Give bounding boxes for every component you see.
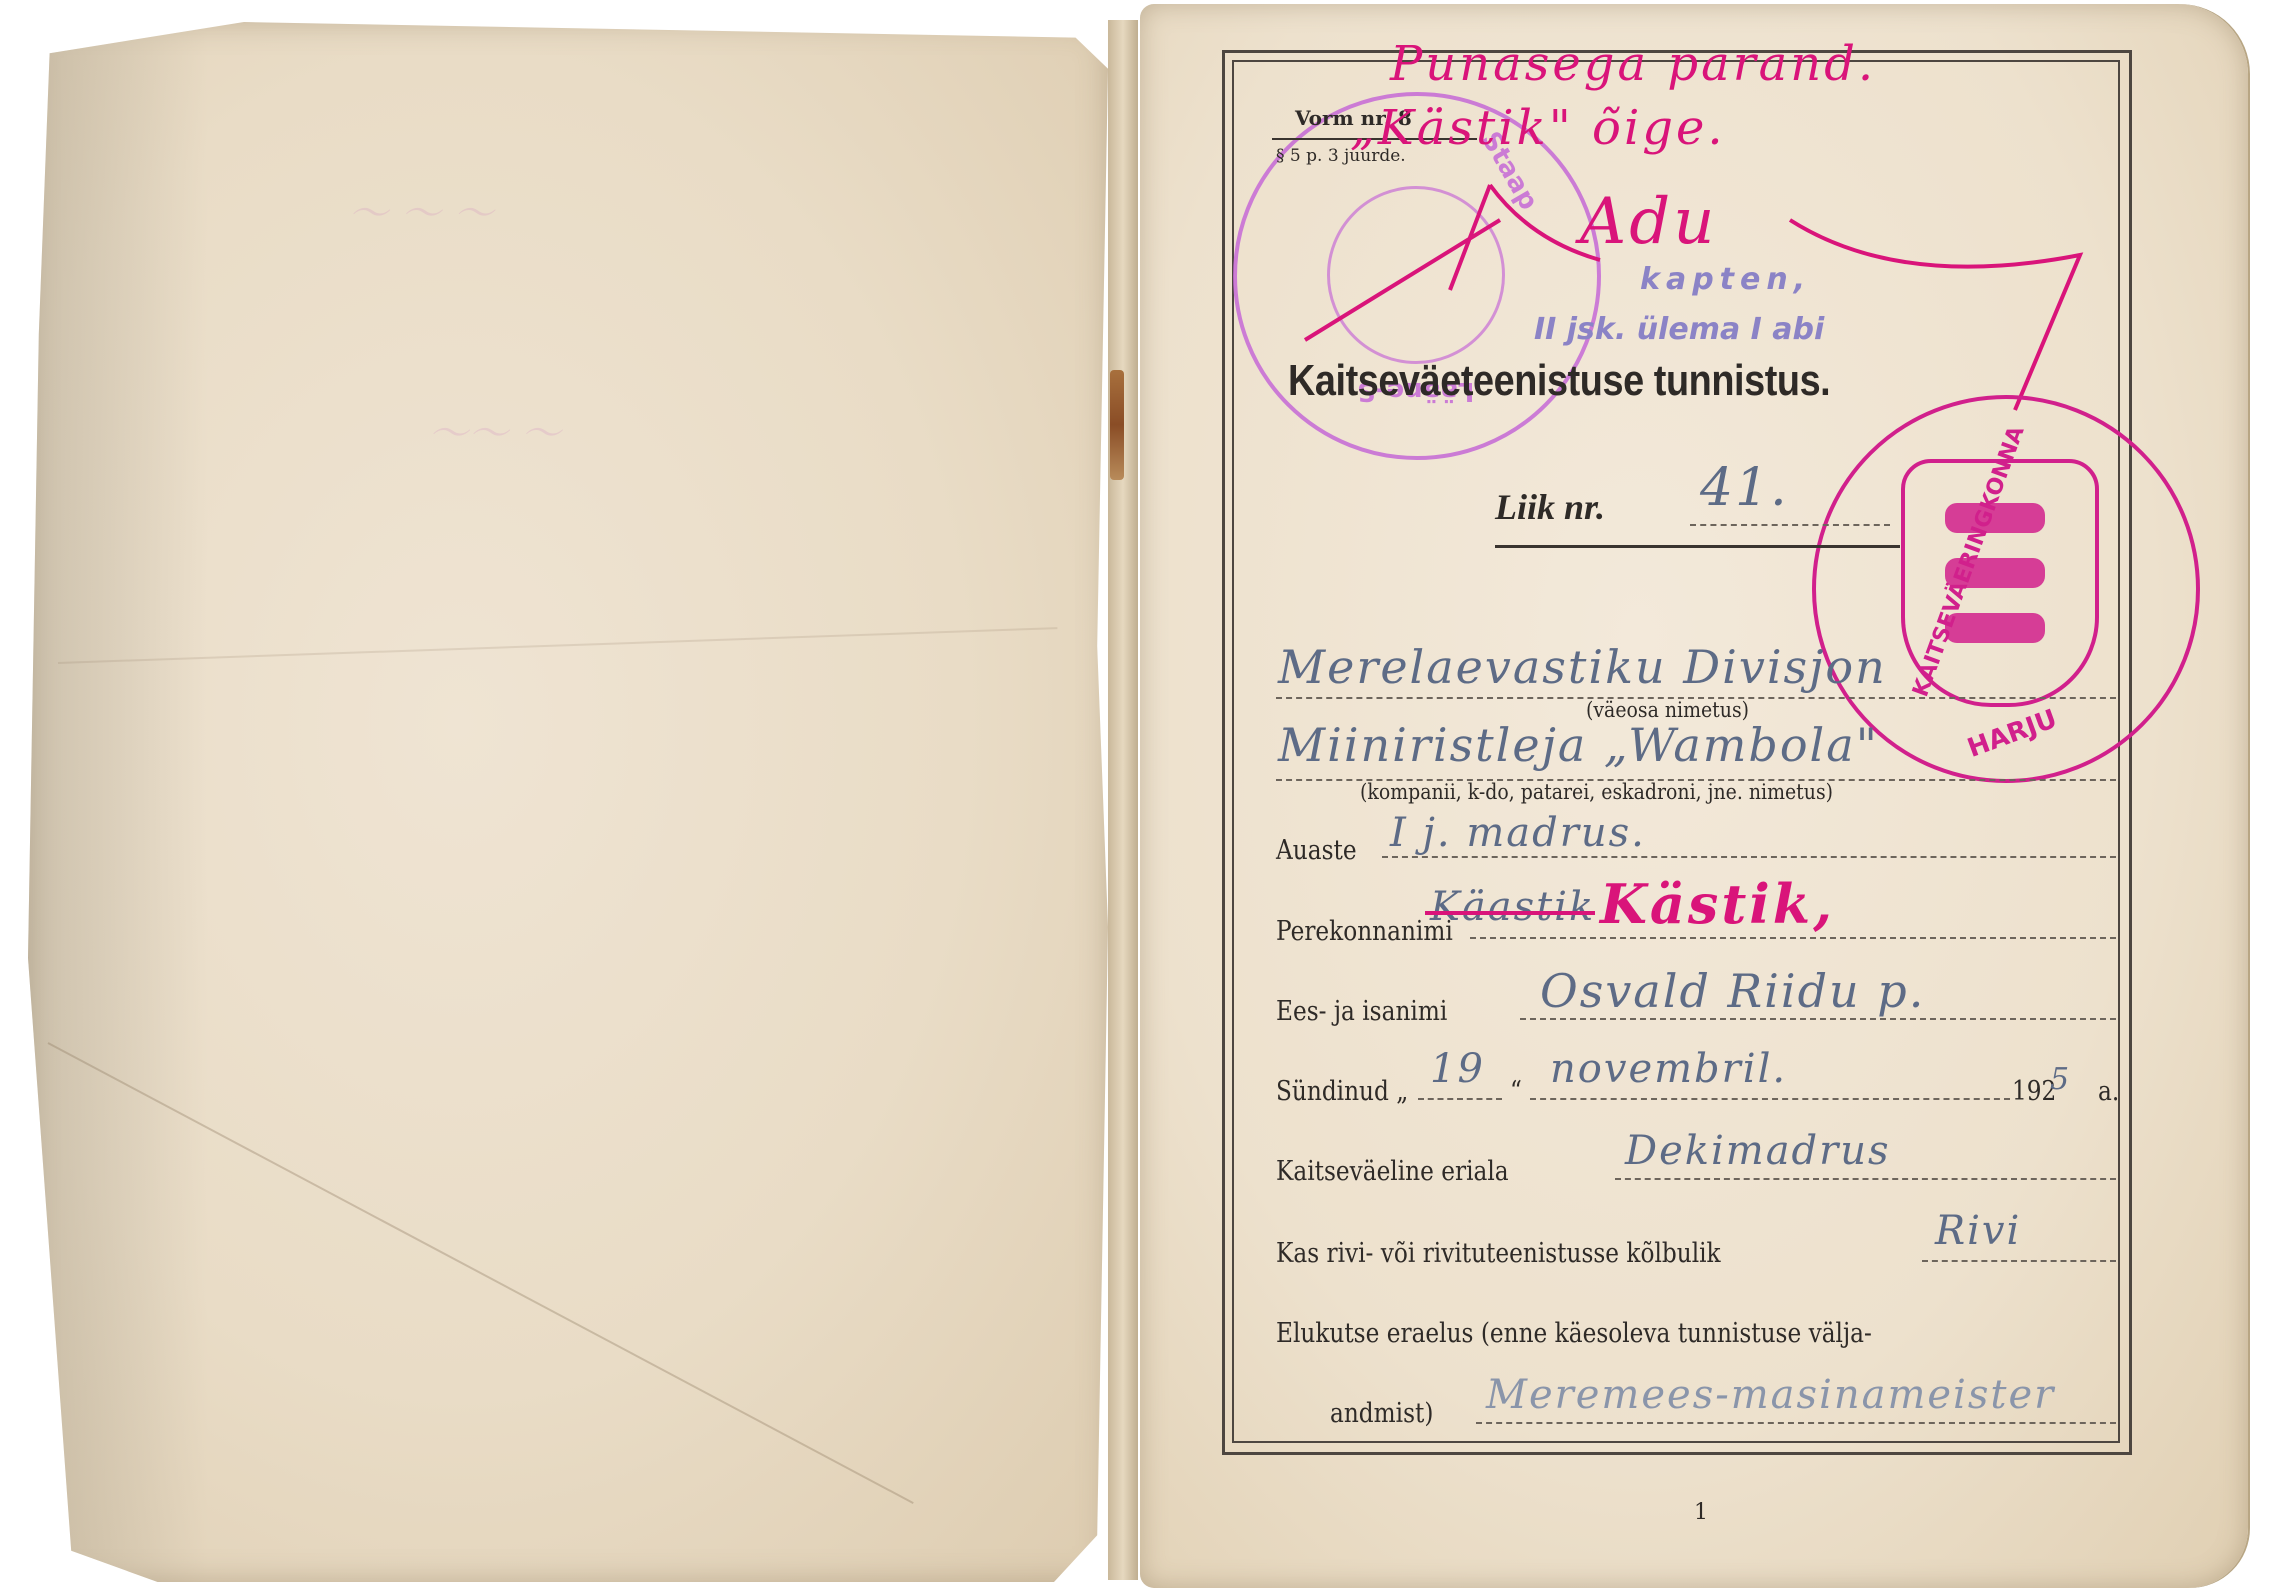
liik-dotted-line xyxy=(1690,524,1890,526)
correction-note-line1: Punasega parand. xyxy=(1390,36,1876,92)
first-and-patronymic-label: Ees- ja isanimi xyxy=(1276,996,1447,1027)
occupation-value: Meremees-masinameister xyxy=(1486,1372,2055,1418)
birth-year-suffix: a. xyxy=(2098,1076,2119,1107)
seal-text: HARJU xyxy=(1964,704,2061,764)
fitness-label: Kas rivi- või rivituteenistusse kõlbulik xyxy=(1276,1238,1721,1269)
unit-value: Merelaevastiku Divisjon xyxy=(1278,640,1887,694)
subunit-value: Miiniristleja „Wambola" xyxy=(1278,718,1879,772)
fitness-dotted-line xyxy=(1922,1260,2116,1262)
officer-rank-stamp: kapten, xyxy=(1640,262,1811,297)
birth-quote: “ xyxy=(1510,1076,1522,1107)
birth-month-dotted-line xyxy=(1530,1098,2010,1100)
fitness-value: Rivi xyxy=(1935,1208,2021,1254)
birth-label: Sündinud „ xyxy=(1276,1076,1408,1107)
occupation-dotted-line xyxy=(1476,1422,2116,1424)
booklet-spine xyxy=(1108,20,1138,1580)
ink-transfer-ghost: 〜〜 〜 xyxy=(428,402,561,459)
birth-day-dotted-line xyxy=(1418,1098,1502,1100)
rank-dotted-line xyxy=(1382,856,2116,858)
first-and-patronymic-value: Osvald Riidu p. xyxy=(1540,964,1925,1018)
specialty-dotted-line xyxy=(1615,1178,2116,1180)
staple-rust xyxy=(1110,370,1124,480)
surname-struck-value: Käastik xyxy=(1430,884,1595,930)
document-title: Kaitseväeteenistuse tunnistus. xyxy=(1288,356,1830,406)
left-page-blank: 〜 〜 〜 〜〜 〜 xyxy=(28,22,1108,1582)
liik-rule xyxy=(1495,545,1900,548)
officer-title-stamp: II jsk. ülema I abi xyxy=(1534,312,1824,347)
subunit-caption: (kompanii, k-do, patarei, eskadroni, jne… xyxy=(1360,780,1833,804)
correction-note-line2: „Kästik" õige. xyxy=(1350,100,1726,156)
surname-dotted-line xyxy=(1470,937,2116,939)
liik-label: Liik nr. xyxy=(1495,486,1605,528)
rank-label: Auaste xyxy=(1276,835,1357,866)
rank-value: I j. madrus. xyxy=(1390,810,1646,856)
occupation-label: Elukutse eraelus (enne käesoleva tunnist… xyxy=(1276,1318,1872,1349)
birth-year-handwritten: 5 xyxy=(2050,1062,2071,1097)
specialty-label: Kaitseväeline eriala xyxy=(1276,1156,1509,1187)
surname-corrected-value: Kästik, xyxy=(1600,872,1835,936)
liik-value: 41. xyxy=(1700,458,1789,518)
specialty-value: Dekimadrus xyxy=(1625,1128,1891,1174)
birth-month-value: novembril. xyxy=(1550,1046,1787,1092)
ink-transfer-ghost: 〜 〜 〜 xyxy=(348,182,493,239)
page-fold-shadow xyxy=(28,22,208,1582)
birth-day-value: 19 xyxy=(1430,1046,1485,1092)
strikethrough-line xyxy=(1425,911,1595,915)
occupation-label-continued: andmist) xyxy=(1330,1398,1433,1429)
page-number: 1 xyxy=(1694,1500,1708,1525)
first-name-dotted-line xyxy=(1520,1018,2116,1020)
surname-label: Perekonnanimi xyxy=(1276,916,1453,947)
